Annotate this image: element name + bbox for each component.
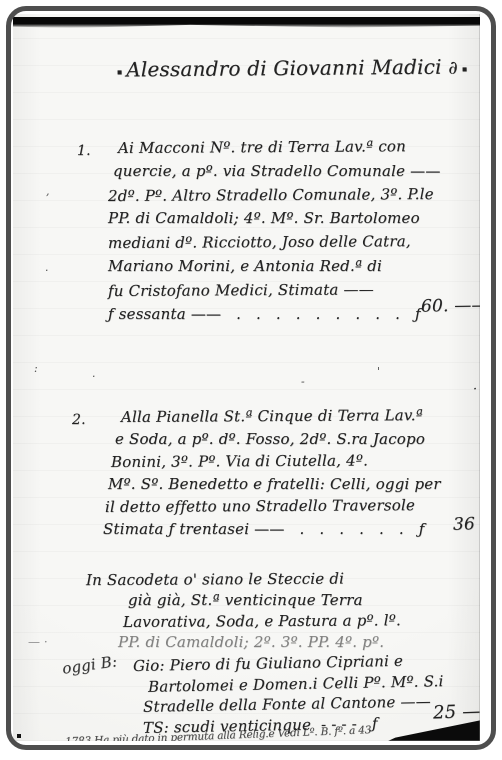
manuscript-line: Mariano Morini, e Antonia Red.ª di <box>108 255 441 279</box>
manuscript-line: mediani dº. Ricciotto, Joso delle Catra, <box>108 230 441 256</box>
title-ornament-right: ▪ <box>458 64 471 73</box>
manuscript-line: Mº. Sº. Benedetto e fratelli: Celli, ogg… <box>108 473 441 496</box>
manuscript-line: quercie, a pº. via Stradello Comunale —— <box>113 160 441 184</box>
manuscript-line: Lavorativa, Soda, e Pastura a pº. lº. <box>123 610 444 633</box>
scan-corner-dot <box>17 734 21 738</box>
manuscript-line: già già, St.ª venticinque Terra <box>128 590 444 611</box>
manuscript-line: Bonini, 3º. Pº. Via di Ciutella, 4º. <box>111 449 441 474</box>
stray-ink-mark: - <box>301 375 305 388</box>
scanned-document-card: ▪Alessandro di Giovanni Madici ∂▪ 1. Ai … <box>0 0 502 760</box>
entry-1-value: 60. —— <box>421 295 480 316</box>
manuscript-line: 2dº. Pº. Altro Stradello Comunale, 3º. P… <box>108 183 441 209</box>
manuscript-line: il detto effetto uno Stradello Traversol… <box>105 494 441 519</box>
manuscript-page: ▪Alessandro di Giovanni Madici ∂▪ 1. Ai … <box>13 14 480 741</box>
entry-number-1: 1. <box>77 143 91 159</box>
entry-1-text-block: Ai Macconi Nº. tre di Terra Lav.ª con qu… <box>108 136 441 326</box>
manuscript-line: Stimata ƒ trentasei —— . . . . . . ƒ <box>103 518 441 541</box>
title-ornament-left: ▪ <box>113 67 126 76</box>
manuscript-line: PP. di Camaldoli; 2º. 3º. PP. 4º. pº. <box>118 632 444 653</box>
entry-3-text-block: In Sacodeta o' siano le Steccie di già g… <box>86 569 444 736</box>
manuscript-line: e Soda, a pº. dº. Fosso, 2dº. S.ra Jacop… <box>115 428 441 451</box>
manuscript-line: PP. di Camaldoli; 4º. Mº. Sr. Bartolomeo <box>108 207 441 231</box>
manuscript-line: ƒ sessanta —— . . . . . . . . . ƒ <box>108 303 441 327</box>
stray-ink-mark: , <box>46 185 50 198</box>
manuscript-line: fu Cristofano Medici, Stimata —— <box>108 278 441 304</box>
stray-ink-mark: : <box>34 362 38 375</box>
entry-2-value: 36 —— <box>453 513 480 535</box>
stray-ink-mark: ' <box>377 365 380 378</box>
title-flourish: ∂ <box>448 58 458 79</box>
entry-2-text-block: Alla Pianella St.ª Cinque di Terra Lav.ª… <box>103 405 441 541</box>
stray-ink-mark: . <box>92 367 96 380</box>
stray-ink-mark: . <box>45 261 49 274</box>
paper-edge <box>479 14 480 741</box>
entry-number-2: 2. <box>72 412 86 428</box>
margin-dash-mark: — · <box>28 635 48 649</box>
title-text: Alessandro di Giovanni Madici <box>126 55 442 82</box>
manuscript-line: Ai Macconi Nº. tre di Terra Lav.ª con <box>118 135 441 161</box>
page-title: ▪Alessandro di Giovanni Madici ∂▪ <box>109 54 475 81</box>
manuscript-line: In Sacodeta o' siano le Steccie di <box>86 568 444 591</box>
scan-edge-shadow <box>13 17 480 28</box>
stray-ink-mark: · <box>473 382 477 397</box>
entry-3-value: 25 ——— <box>433 700 480 724</box>
manuscript-line: Alla Pianella St.ª Cinque di Terra Lav.ª <box>121 404 441 429</box>
